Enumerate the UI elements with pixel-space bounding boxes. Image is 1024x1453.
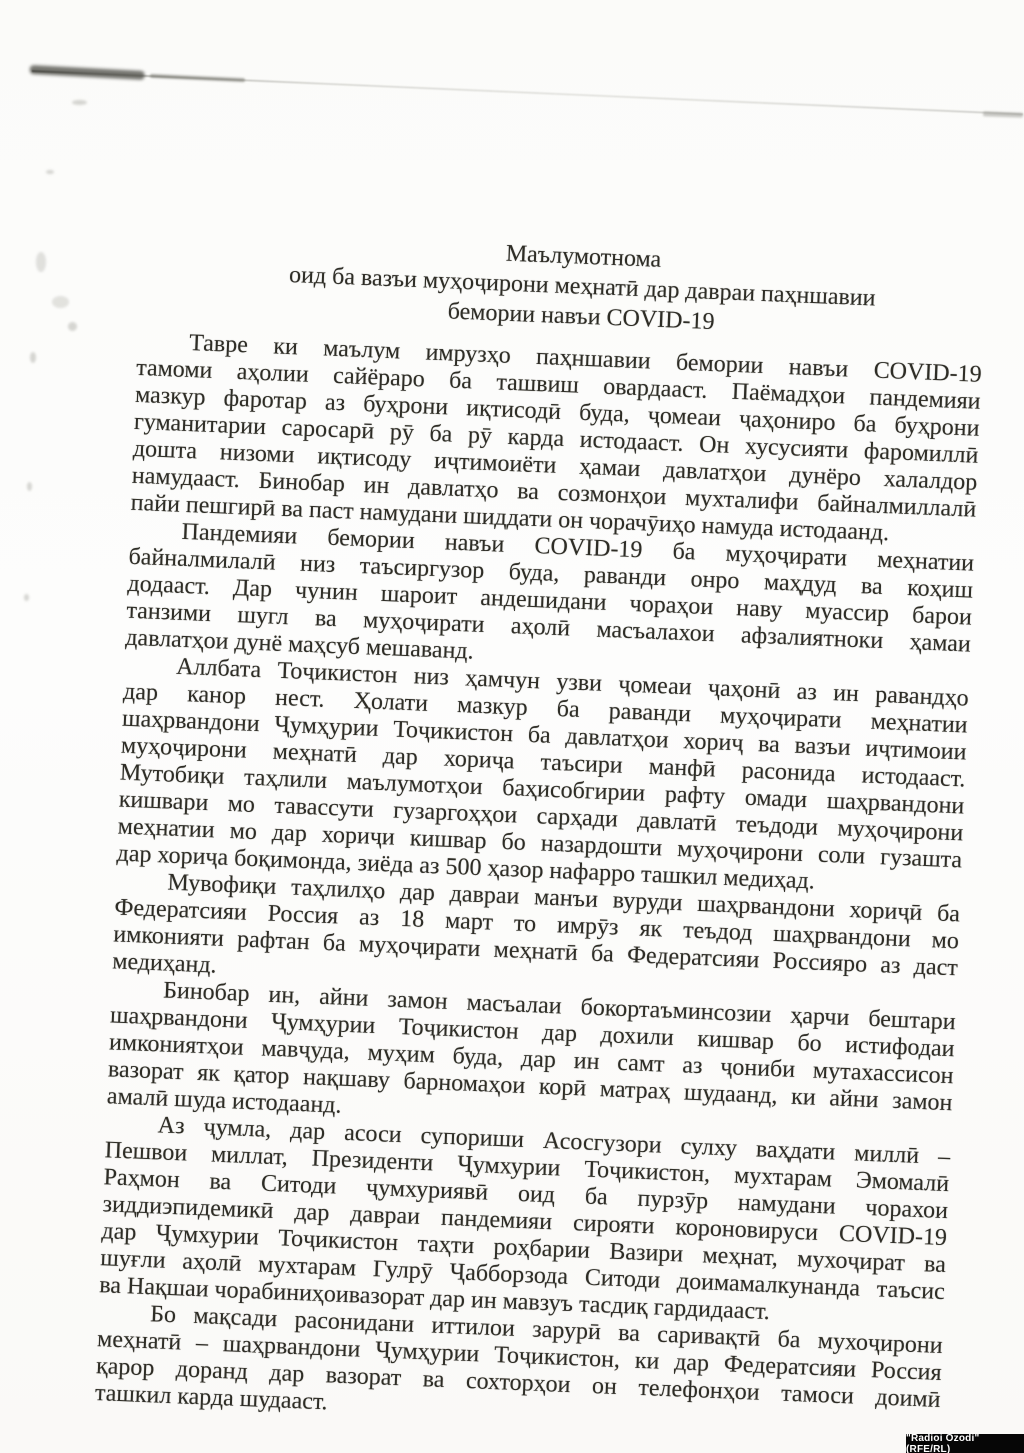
document-title: Маълумотнома оид ба вазъи муҳоҷирони меҳ… bbox=[138, 224, 986, 348]
document-text-block: Маълумотнома оид ба вазъи муҳоҷирони меҳ… bbox=[94, 224, 986, 1441]
scan-artifact-smudge bbox=[983, 111, 1023, 117]
scan-artifact-speck bbox=[24, 594, 29, 601]
scan-artifact-speck bbox=[68, 322, 77, 331]
scan-artifact-smudge bbox=[30, 65, 145, 80]
scan-artifact-paper-edge-line bbox=[32, 70, 1023, 115]
paragraph: Тавре ки маълум имрузҳо паҳншавии бемори… bbox=[130, 328, 982, 551]
scan-artifact-speck bbox=[72, 100, 87, 105]
scan-artifact-speck bbox=[27, 482, 32, 491]
scan-artifact-speck bbox=[52, 296, 69, 308]
scan-artifact-smudge bbox=[150, 74, 245, 82]
scan-artifact-speck bbox=[36, 252, 46, 272]
scanned-document-photo: { "page": { "paper_color": "#fbfbf9", "i… bbox=[0, 0, 1024, 1453]
scan-artifact-speck bbox=[30, 352, 36, 363]
scan-artifact-speck bbox=[46, 170, 54, 174]
watermark-radioi-ozodi: "Radioi Ozodi" (RFE/RL) bbox=[906, 1434, 1024, 1453]
paragraph: Аз ҷумла, дар асоси супориши Асосгузори … bbox=[99, 1110, 951, 1333]
paragraph: Аллбата Тоҷикистон низ ҳамчун узви ҷомеа… bbox=[116, 652, 969, 902]
